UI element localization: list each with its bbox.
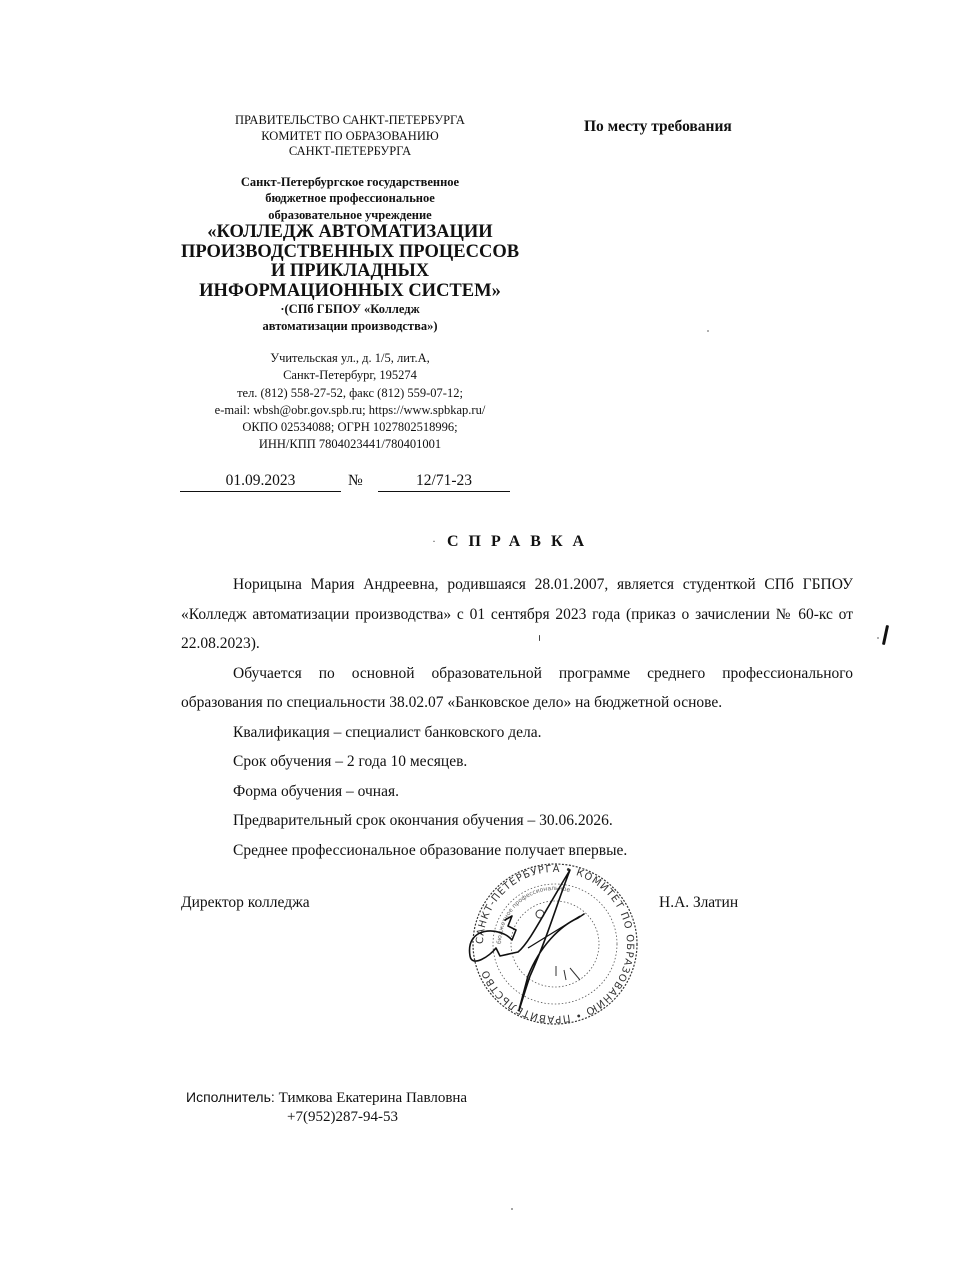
college-name-line: «КОЛЛЕДЖ АВТОМАТИЗАЦИИ	[180, 223, 520, 243]
registration-line: 01.09.2023 № 12/71-23	[180, 472, 510, 494]
institution-type: Санкт-Петербургское государственное бюдж…	[180, 174, 520, 224]
executor-name: Тимкова Екатерина Павловна	[279, 1090, 467, 1106]
inn-kpp: ИНН/КПП 7804023441/780401001	[180, 436, 520, 453]
study-period-line: Срок обучения – 2 года 10 месяцев.	[181, 747, 853, 777]
address-street: Учительская ул., д. 1/5, лит.А,	[180, 350, 520, 367]
okpo-ogrn: ОКПО 02534088; ОГРН 1027802518996;	[180, 419, 520, 436]
college-name-line: И ПРИКЛАДНЫХ	[180, 262, 520, 282]
document-number: 12/71-23	[378, 472, 510, 492]
expected-end-line: Предварительный срок окончания обучения …	[181, 806, 853, 836]
document-date: 01.09.2023	[180, 472, 341, 492]
scan-speck: ·	[432, 534, 436, 549]
institution-type-line: Санкт-Петербургское государственное	[180, 174, 520, 191]
scan-speck	[877, 637, 879, 639]
executor-phone: +7(952)287-94-53	[186, 1108, 467, 1127]
college-name-line: ПРОИЗВОДСТВЕННЫХ ПРОЦЕССОВ	[180, 243, 520, 263]
signatory-name: Н.А. Златин	[659, 894, 738, 912]
institution-type-line: образовательное учреждение	[180, 207, 520, 224]
contact-details: Учительская ул., д. 1/5, лит.А, Санкт-Пе…	[180, 350, 520, 454]
letterhead: ПРАВИТЕЛЬСТВО САНКТ-ПЕТЕРБУРГА КОМИТЕТ П…	[180, 113, 520, 454]
svg-text:САНКТ-ПЕТЕРБУРГА • КОМИТЕТ ПО: САНКТ-ПЕТЕРБУРГА • КОМИТЕТ ПО ОБРАЗОВАНИ…	[475, 864, 635, 1024]
address-city: Санкт-Петербург, 195274	[180, 367, 520, 384]
scan-speck	[539, 635, 540, 641]
scan-mark	[882, 625, 889, 645]
government-line: ПРАВИТЕЛЬСТВО САНКТ-ПЕТЕРБУРГА	[180, 113, 520, 129]
official-stamp-icon: САНКТ-ПЕТЕРБУРГА • КОМИТЕТ ПО ОБРАЗОВАНИ…	[460, 856, 650, 1032]
executor-block: Исполнитель: Тимкова Екатерина Павловна …	[186, 1088, 467, 1127]
student-paragraph: Норицына Мария Андреевна, родившаяся 28.…	[181, 570, 853, 659]
college-name: «КОЛЛЕДЖ АВТОМАТИЗАЦИИ ПРОИЗВОДСТВЕННЫХ …	[180, 223, 520, 301]
college-name-line: ИНФОРМАЦИОННЫХ СИСТЕМ»	[180, 282, 520, 302]
short-name-line: ·(СПб ГБПОУ «Колледж	[180, 301, 520, 318]
email-website: e-mail: wbsh@obr.gov.spb.ru; https://www…	[180, 402, 520, 419]
signatory-position: Директор колледжа	[181, 894, 310, 912]
executor-label: Исполнитель:	[186, 1089, 275, 1105]
number-sign: №	[348, 472, 363, 490]
program-paragraph: Обучается по основной образовательной пр…	[181, 659, 853, 718]
institution-type-line: бюджетное профессиональное	[180, 190, 520, 207]
scan-speck	[707, 330, 709, 332]
college-short-name: ·(СПб ГБПОУ «Колледж автоматизации произ…	[180, 301, 520, 334]
study-form-line: Форма обучения – очная.	[181, 777, 853, 807]
city-line: САНКТ-ПЕТЕРБУРГА	[180, 144, 520, 160]
short-name-line: автоматизации производства»)	[180, 318, 520, 335]
qualification-line: Квалификация – специалист банковского де…	[181, 718, 853, 748]
document-body: Норицына Мария Андреевна, родившаяся 28.…	[181, 570, 853, 865]
document-title: СПРАВКА	[447, 533, 594, 551]
recipient: По месту требования	[584, 118, 732, 136]
committee-line: КОМИТЕТ ПО ОБРАЗОВАНИЮ	[180, 129, 520, 145]
scan-speck	[511, 1208, 513, 1210]
phone-fax: тел. (812) 558-27-52, факс (812) 559-07-…	[180, 385, 520, 402]
